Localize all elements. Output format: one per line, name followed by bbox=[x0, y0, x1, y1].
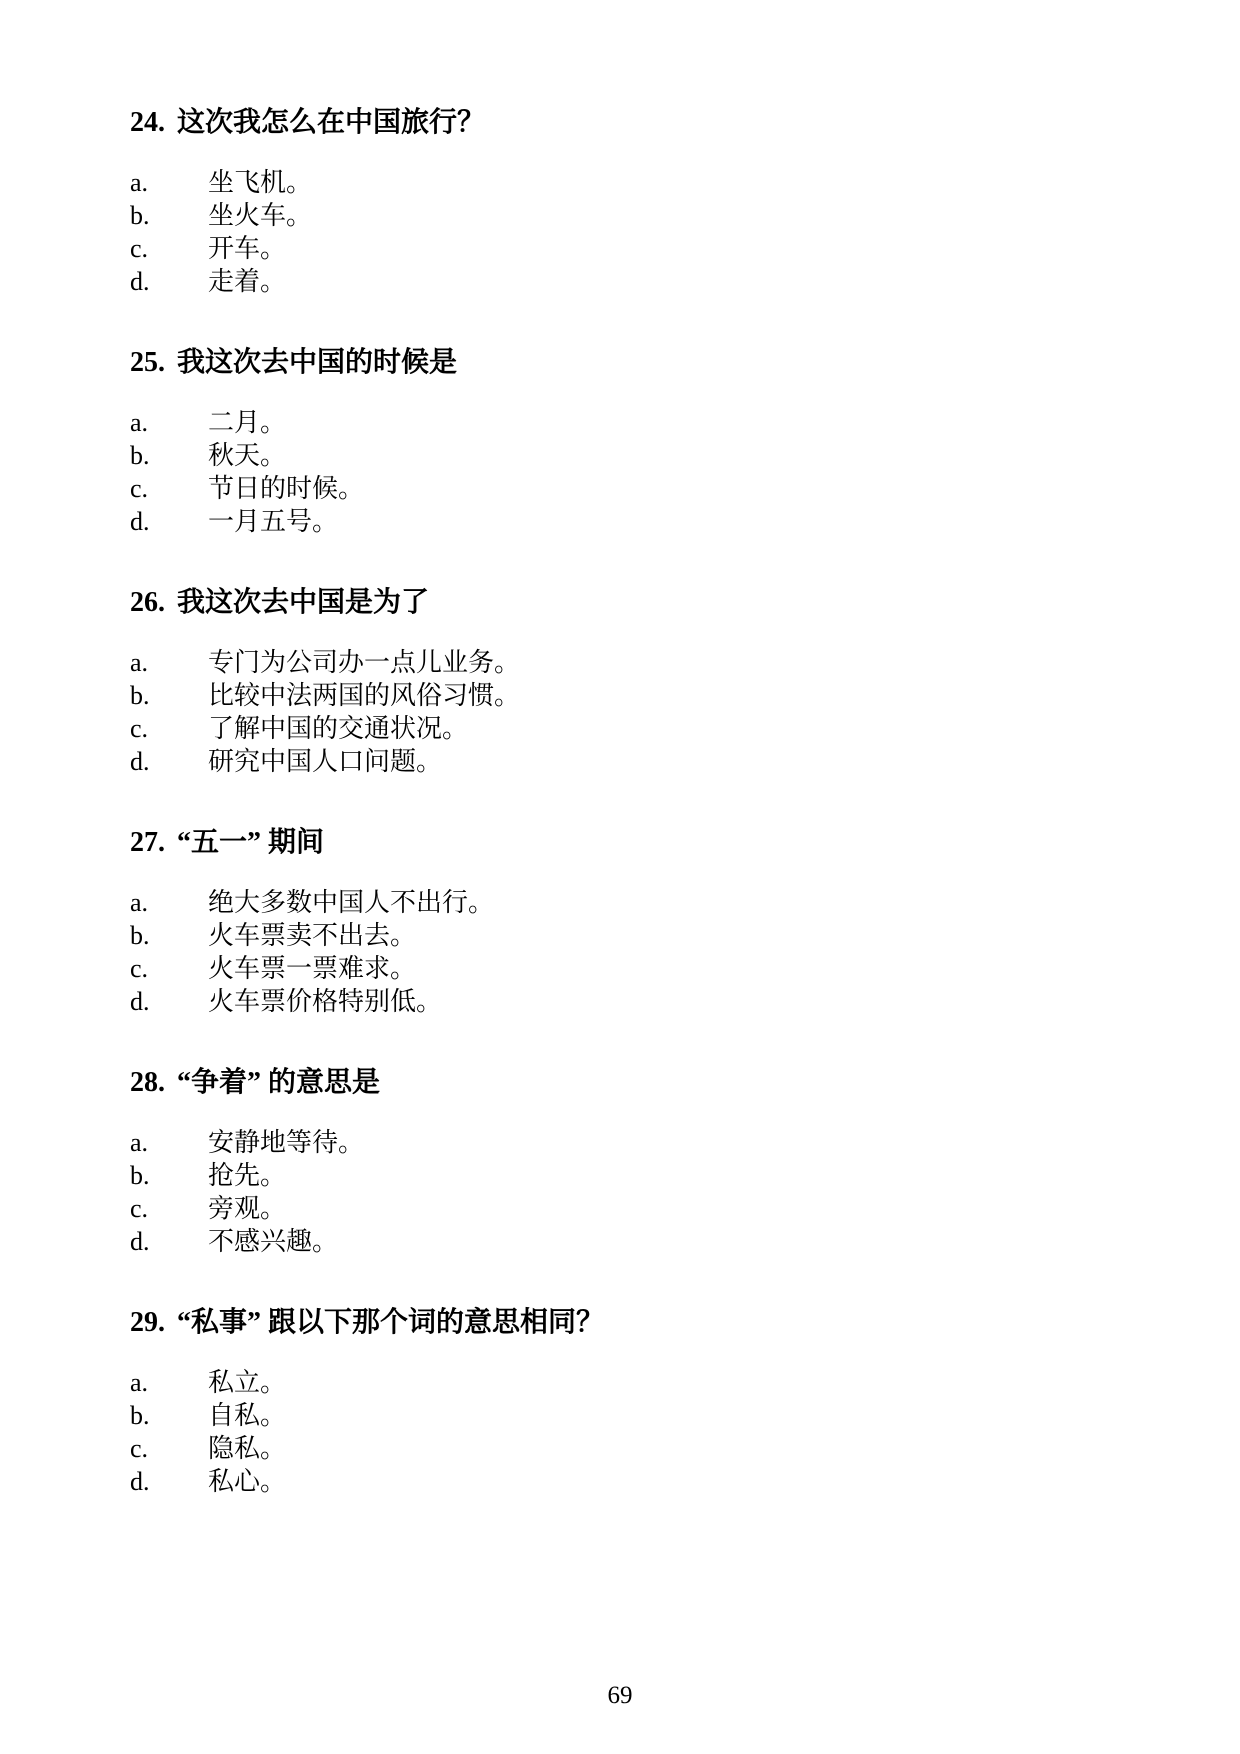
option-text: 绝大多数中国人不出行。 bbox=[208, 886, 494, 919]
option-text: 隐私。 bbox=[208, 1432, 286, 1465]
option-row: d. 一月五号。 bbox=[130, 505, 1180, 538]
option-letter: d. bbox=[130, 745, 208, 778]
option-text: 比较中法两国的风俗习惯。 bbox=[208, 679, 520, 712]
question-number: 27. bbox=[130, 826, 165, 860]
question-heading: 24.这次我怎么在中国旅行？ bbox=[130, 106, 1180, 140]
option-text: 坐飞机。 bbox=[208, 166, 312, 199]
question-number: 28. bbox=[130, 1066, 165, 1100]
questions-list: 24.这次我怎么在中国旅行？ a. 坐飞机。 b. 坐火车。 c. 开车。 d.… bbox=[0, 0, 1240, 1498]
options-list: a. 二月。 b. 秋天。 c. 节日的时候。 d. 一月五号。 bbox=[130, 406, 1180, 538]
question-number: 24. bbox=[130, 106, 165, 140]
option-letter: c. bbox=[130, 712, 208, 745]
question-block-29: 29.“私事” 跟以下那个词的意思相同？ a. 私立。 b. 自私。 c. 隐私… bbox=[130, 1306, 1180, 1498]
options-list: a. 绝大多数中国人不出行。 b. 火车票卖不出去。 c. 火车票一票难求。 d… bbox=[130, 886, 1180, 1018]
option-text: 抢先。 bbox=[208, 1159, 286, 1192]
option-letter: a. bbox=[130, 406, 208, 439]
option-letter: a. bbox=[130, 1366, 208, 1399]
option-letter: d. bbox=[130, 505, 208, 538]
option-text: 走着。 bbox=[208, 265, 286, 298]
option-text: 旁观。 bbox=[208, 1192, 286, 1225]
option-row: c. 开车。 bbox=[130, 232, 1180, 265]
option-letter: b. bbox=[130, 679, 208, 712]
option-text: 自私。 bbox=[208, 1399, 286, 1432]
option-text: 开车。 bbox=[208, 232, 286, 265]
option-letter: c. bbox=[130, 472, 208, 505]
options-list: a. 私立。 b. 自私。 c. 隐私。 d. 私心。 bbox=[130, 1366, 1180, 1498]
option-row: d. 火车票价格特别低。 bbox=[130, 985, 1180, 1018]
question-title: 我这次去中国是为了 bbox=[177, 587, 429, 618]
option-letter: b. bbox=[130, 1159, 208, 1192]
option-letter: d. bbox=[130, 985, 208, 1018]
option-text: 安静地等待。 bbox=[208, 1126, 364, 1159]
question-number: 25. bbox=[130, 346, 165, 380]
option-letter: b. bbox=[130, 1399, 208, 1432]
option-row: b. 自私。 bbox=[130, 1399, 1180, 1432]
question-number: 26. bbox=[130, 586, 165, 620]
option-text: 一月五号。 bbox=[208, 505, 338, 538]
option-letter: b. bbox=[130, 919, 208, 952]
option-row: c. 隐私。 bbox=[130, 1432, 1180, 1465]
question-title: 我这次去中国的时候是 bbox=[177, 347, 457, 378]
option-text: 火车票价格特别低。 bbox=[208, 985, 442, 1018]
option-text: 节日的时候。 bbox=[208, 472, 364, 505]
option-letter: d. bbox=[130, 1225, 208, 1258]
question-number: 29. bbox=[130, 1306, 165, 1340]
option-text: 私心。 bbox=[208, 1465, 286, 1498]
option-row: a. 私立。 bbox=[130, 1366, 1180, 1399]
option-text: 私立。 bbox=[208, 1366, 286, 1399]
option-row: b. 火车票卖不出去。 bbox=[130, 919, 1180, 952]
document-page: 24.这次我怎么在中国旅行？ a. 坐飞机。 b. 坐火车。 c. 开车。 d.… bbox=[0, 0, 1240, 1754]
question-heading: 26.我这次去中国是为了 bbox=[130, 586, 1180, 620]
option-text: 二月。 bbox=[208, 406, 286, 439]
question-heading: 28.“争着” 的意思是 bbox=[130, 1066, 1180, 1100]
option-row: d. 研究中国人口问题。 bbox=[130, 745, 1180, 778]
option-letter: a. bbox=[130, 166, 208, 199]
option-row: c. 火车票一票难求。 bbox=[130, 952, 1180, 985]
option-text: 专门为公司办一点儿业务。 bbox=[208, 646, 520, 679]
option-row: a. 坐飞机。 bbox=[130, 166, 1180, 199]
question-block-25: 25.我这次去中国的时候是 a. 二月。 b. 秋天。 c. 节日的时候。 d.… bbox=[130, 346, 1180, 538]
option-text: 坐火车。 bbox=[208, 199, 312, 232]
option-letter: b. bbox=[130, 199, 208, 232]
question-title: “争着” 的意思是 bbox=[177, 1067, 380, 1098]
question-block-26: 26.我这次去中国是为了 a. 专门为公司办一点儿业务。 b. 比较中法两国的风… bbox=[130, 586, 1180, 778]
question-block-24: 24.这次我怎么在中国旅行？ a. 坐飞机。 b. 坐火车。 c. 开车。 d.… bbox=[130, 106, 1180, 298]
option-letter: c. bbox=[130, 232, 208, 265]
option-row: b. 秋天。 bbox=[130, 439, 1180, 472]
option-letter: b. bbox=[130, 439, 208, 472]
options-list: a. 安静地等待。 b. 抢先。 c. 旁观。 d. 不感兴趣。 bbox=[130, 1126, 1180, 1258]
option-text: 火车票一票难求。 bbox=[208, 952, 416, 985]
option-letter: a. bbox=[130, 886, 208, 919]
option-row: d. 不感兴趣。 bbox=[130, 1225, 1180, 1258]
option-letter: c. bbox=[130, 952, 208, 985]
option-row: c. 了解中国的交通状况。 bbox=[130, 712, 1180, 745]
option-text: 秋天。 bbox=[208, 439, 286, 472]
option-text: 火车票卖不出去。 bbox=[208, 919, 416, 952]
question-block-28: 28.“争着” 的意思是 a. 安静地等待。 b. 抢先。 c. 旁观。 d. … bbox=[130, 1066, 1180, 1258]
option-row: d. 走着。 bbox=[130, 265, 1180, 298]
option-row: a. 绝大多数中国人不出行。 bbox=[130, 886, 1180, 919]
option-letter: a. bbox=[130, 646, 208, 679]
question-heading: 29.“私事” 跟以下那个词的意思相同？ bbox=[130, 1306, 1180, 1340]
option-letter: c. bbox=[130, 1432, 208, 1465]
option-letter: c. bbox=[130, 1192, 208, 1225]
question-title: 这次我怎么在中国旅行？ bbox=[177, 107, 485, 138]
question-heading: 25.我这次去中国的时候是 bbox=[130, 346, 1180, 380]
option-row: c. 旁观。 bbox=[130, 1192, 1180, 1225]
option-letter: a. bbox=[130, 1126, 208, 1159]
option-text: 研究中国人口问题。 bbox=[208, 745, 442, 778]
option-letter: d. bbox=[130, 265, 208, 298]
option-letter: d. bbox=[130, 1465, 208, 1498]
option-text: 不感兴趣。 bbox=[208, 1225, 338, 1258]
question-title: “五一” 期间 bbox=[177, 827, 324, 858]
option-row: a. 专门为公司办一点儿业务。 bbox=[130, 646, 1180, 679]
option-row: b. 抢先。 bbox=[130, 1159, 1180, 1192]
question-heading: 27.“五一” 期间 bbox=[130, 826, 1180, 860]
question-block-27: 27.“五一” 期间 a. 绝大多数中国人不出行。 b. 火车票卖不出去。 c.… bbox=[130, 826, 1180, 1018]
option-row: a. 二月。 bbox=[130, 406, 1180, 439]
option-text: 了解中国的交通状况。 bbox=[208, 712, 468, 745]
options-list: a. 专门为公司办一点儿业务。 b. 比较中法两国的风俗习惯。 c. 了解中国的… bbox=[130, 646, 1180, 778]
options-list: a. 坐飞机。 b. 坐火车。 c. 开车。 d. 走着。 bbox=[130, 166, 1180, 298]
option-row: b. 比较中法两国的风俗习惯。 bbox=[130, 679, 1180, 712]
question-title: “私事” 跟以下那个词的意思相同？ bbox=[177, 1307, 604, 1338]
option-row: c. 节日的时候。 bbox=[130, 472, 1180, 505]
option-row: b. 坐火车。 bbox=[130, 199, 1180, 232]
page-number: 69 bbox=[0, 1682, 1240, 1710]
option-row: a. 安静地等待。 bbox=[130, 1126, 1180, 1159]
option-row: d. 私心。 bbox=[130, 1465, 1180, 1498]
